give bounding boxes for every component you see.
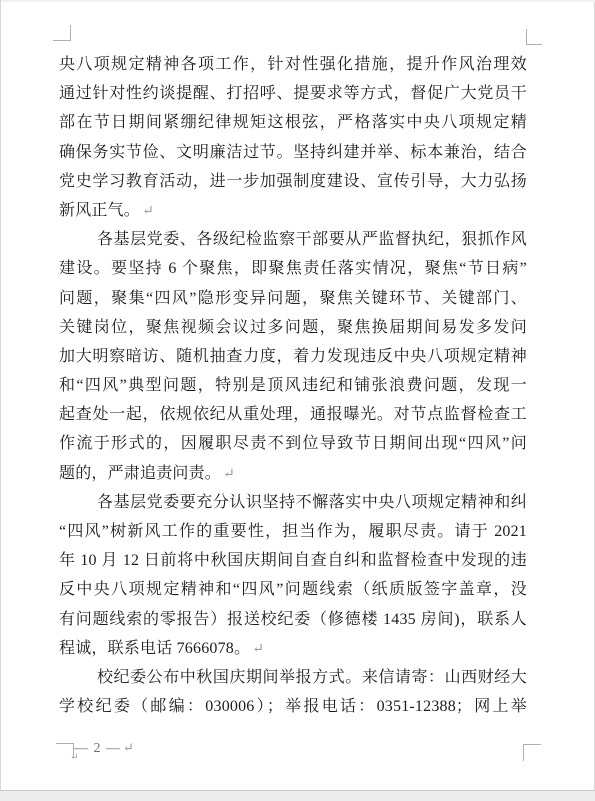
text-line: 学校纪委（邮编：030006）；举报电话：0351-12388；网上举 (59, 692, 527, 721)
text-line: 校纪委公布中秋国庆期间举报方式。来信请寄：山西财经大 (59, 663, 527, 692)
text-boundary-mark-bottom-right (523, 744, 541, 761)
text-line: 关键岗位，聚焦视频会议过多问题，聚焦换届期间易发多发问题， (59, 313, 527, 342)
page-bottom-gap (0, 790, 595, 801)
text-line: 确保务实节俭、文明廉洁过节。坚持纠建并举、标本兼治，结合 (59, 138, 527, 167)
text-line: 部在节日期间紧绷纪律规矩这根弦，严格落实中央八项规定精神， (59, 108, 527, 137)
text-line: 和“四风”典型问题，特别是顶风违纪和铺张浪费问题，发现一 (59, 371, 527, 400)
text-boundary-mark-top-left (53, 25, 71, 41)
text-line: 新风正气。↵ (59, 196, 527, 225)
text-line: 反中央八项规定精神和“四风”问题线索（纸质版签字盖章，没 (59, 575, 527, 604)
text-line: 问题，聚集“四风”隐形变异问题，聚焦关键环节、关键部门、 (59, 284, 527, 313)
text-line: 各基层党委、各级纪检监察干部要从严监督执纪，狠抓作风 (59, 225, 527, 254)
paragraph-mark-icon: ↵ (250, 642, 264, 657)
text-line: 央八项规定精神各项工作，针对性强化措施，提升作风治理效能。 (59, 50, 527, 79)
text-line: 有问题线索的零报告）报送校纪委（修德楼 1435 房间)，联系人 (59, 605, 527, 634)
paragraph-mark-icon: ↵ (140, 204, 154, 219)
text-line: 通过针对性约谈提醒、打招呼、提要求等方式，督促广大党员干 (59, 79, 527, 108)
line-text: 题的，严肃追责问责。 (59, 465, 221, 482)
page-number: — 2 —↵ (74, 739, 134, 758)
text-line: 起查处一起，依规依纪从重处理，通报曝光。对节点监督检查工 (59, 400, 527, 429)
text-line: 建设。要坚持 6 个聚焦，即聚焦责任落实情况，聚焦“节日病” (59, 254, 527, 283)
paragraph-mark-icon: ↵ (221, 467, 235, 482)
text-boundary-mark-top-right (526, 29, 542, 45)
line-text: 程诚，联系电话 7666078。 (59, 640, 250, 657)
text-line: “四风”树新风工作的重要性，担当作为，履职尽责。请于 2021 (59, 517, 527, 546)
document-page[interactable]: ↵ 央八项规定精神各项工作，针对性强化措施，提升作风治理效能。 通过针对性约谈提… (0, 0, 595, 790)
paragraph-mark-icon: ↵ (121, 740, 134, 755)
document-text-area[interactable]: 央八项规定精神各项工作，针对性强化措施，提升作风治理效能。 通过针对性约谈提醒、… (59, 50, 527, 721)
text-line: 年 10 月 12 日前将中秋国庆期间自查自纠和监督检查中发现的违 (59, 546, 527, 575)
line-text: 新风正气。 (59, 202, 140, 219)
text-line: 党史学习教育活动，进一步加强制度建设、宣传引导，大力弘扬 (59, 167, 527, 196)
text-line: 各基层党委要充分认识坚持不懈落实中央八项规定精神和纠 (59, 488, 527, 517)
text-line: 加大明察暗访、随机抽查力度，着力发现违反中央八项规定精神 (59, 342, 527, 371)
text-line: 程诚，联系电话 7666078。↵ (59, 634, 527, 663)
page-number-text: — 2 — (74, 741, 121, 756)
text-line: 作流于形式的，因履职尽责不到位导致节日期间出现“四风”问 (59, 429, 527, 458)
text-line: 题的，严肃追责问责。↵ (59, 459, 527, 488)
page-top-edge (1, 0, 595, 2)
